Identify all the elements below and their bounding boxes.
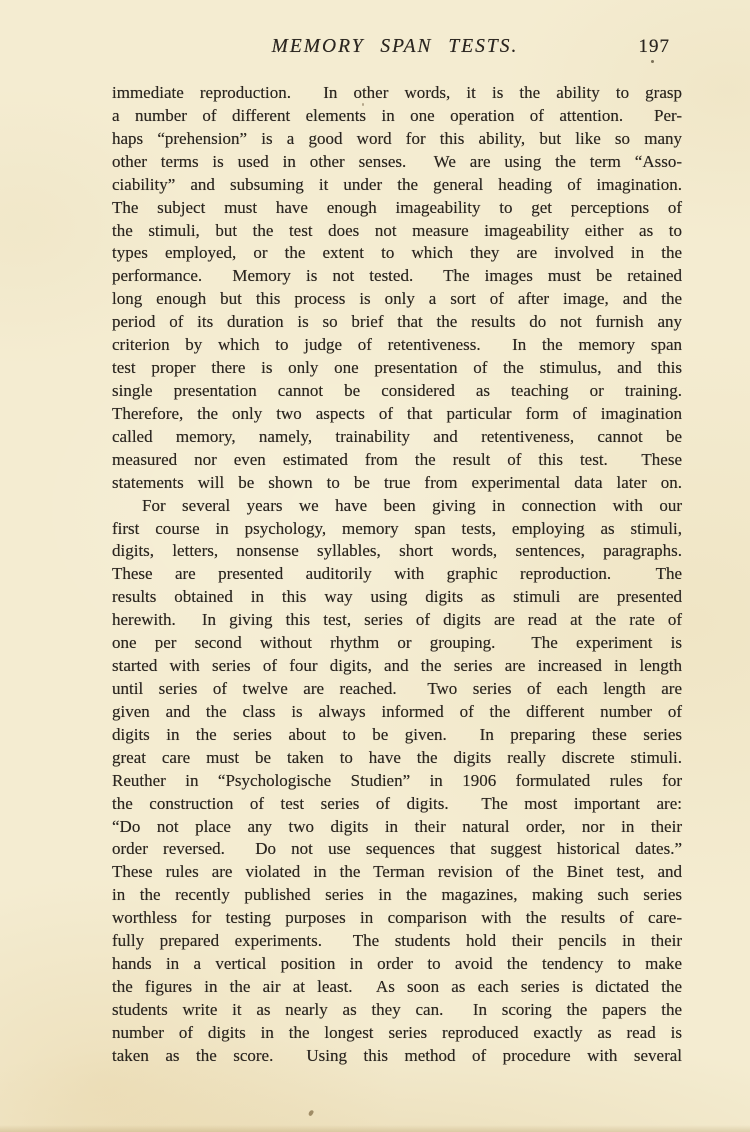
- text-block: immediate reproduction. In other words, …: [112, 82, 682, 1068]
- text-line: until series of twelve are reached. Two …: [112, 678, 682, 701]
- text-line: order reversed. Do not use sequences tha…: [112, 838, 682, 861]
- text-line: taken as the score. Using this method of…: [112, 1045, 682, 1068]
- text-line: The subject must have enough imageabilit…: [112, 197, 682, 220]
- text-line: Therefore, the only two aspects of that …: [112, 403, 682, 426]
- text-line: called memory, namely, trainability and …: [112, 426, 682, 449]
- text-line: criterion by which to judge of retentive…: [112, 334, 682, 357]
- text-line: test proper there is only one presentati…: [112, 357, 682, 380]
- page-number: 197: [639, 36, 671, 58]
- text-line: the construction of test series of digit…: [112, 793, 682, 816]
- text-line: Reuther in “Psychologische Studien” in 1…: [112, 770, 682, 793]
- text-line: hands in a vertical position in order to…: [112, 953, 682, 976]
- text-line: herewith. In giving this test, series of…: [112, 609, 682, 632]
- text-line: results obtained in this way using digit…: [112, 586, 682, 609]
- text-line: digits in the series about to be given. …: [112, 724, 682, 747]
- text-line: worthless for testing purposes in compar…: [112, 907, 682, 930]
- ink-speck: [308, 1109, 314, 1116]
- text-line: haps “prehension” is a good word for thi…: [112, 128, 682, 151]
- text-line: statements will be shown to be true from…: [112, 472, 682, 495]
- page-bottom-shadow: [0, 1125, 750, 1132]
- book-page: MEMORY SPAN TESTS. 197 immediate reprodu…: [0, 0, 750, 1132]
- running-title: MEMORY SPAN TESTS.: [0, 36, 750, 58]
- text-line: performance. Memory is not tested. The i…: [112, 265, 682, 288]
- text-line: digits, letters, nonsense syllables, sho…: [112, 540, 682, 563]
- text-line: students write it as nearly as they can.…: [112, 999, 682, 1022]
- page-header: MEMORY SPAN TESTS. 197: [0, 36, 750, 62]
- text-line: single presentation cannot be considered…: [112, 380, 682, 403]
- text-line: the stimuli, but the test does not measu…: [112, 220, 682, 243]
- text-line: These rules are violated in the Terman r…: [112, 861, 682, 884]
- text-line: given and the class is always informed o…: [112, 701, 682, 724]
- text-line: one per second without rhythm or groupin…: [112, 632, 682, 655]
- text-line: the figures in the air at least. As soon…: [112, 976, 682, 999]
- paragraph: For several years we have been giving in…: [112, 495, 682, 1068]
- text-line: period of its duration is so brief that …: [112, 311, 682, 334]
- text-line: first course in psychology, memory span …: [112, 518, 682, 541]
- paragraph: immediate reproduction. In other words, …: [112, 82, 682, 495]
- text-line: These are presented auditorily with grap…: [112, 563, 682, 586]
- ink-speck: [362, 103, 364, 106]
- text-line: number of digits in the longest series r…: [112, 1022, 682, 1045]
- text-line: started with series of four digits, and …: [112, 655, 682, 678]
- text-line: “Do not place any two digits in their na…: [112, 816, 682, 839]
- text-line: great care must be taken to have the dig…: [112, 747, 682, 770]
- text-line: long enough but this process is only a s…: [112, 288, 682, 311]
- text-line: types employed, or the extent to which t…: [112, 242, 682, 265]
- text-line: other terms is used in other senses. We …: [112, 151, 682, 174]
- text-line: ciability” and subsuming it under the ge…: [112, 174, 682, 197]
- ink-speck: [651, 60, 654, 63]
- text-line: in the recently published series in the …: [112, 884, 682, 907]
- text-line: a number of different elements in one op…: [112, 105, 682, 128]
- text-line: For several years we have been giving in…: [112, 495, 682, 518]
- text-line: immediate reproduction. In other words, …: [112, 82, 682, 105]
- text-line: fully prepared experiments. The students…: [112, 930, 682, 953]
- text-line: measured nor even estimated from the res…: [112, 449, 682, 472]
